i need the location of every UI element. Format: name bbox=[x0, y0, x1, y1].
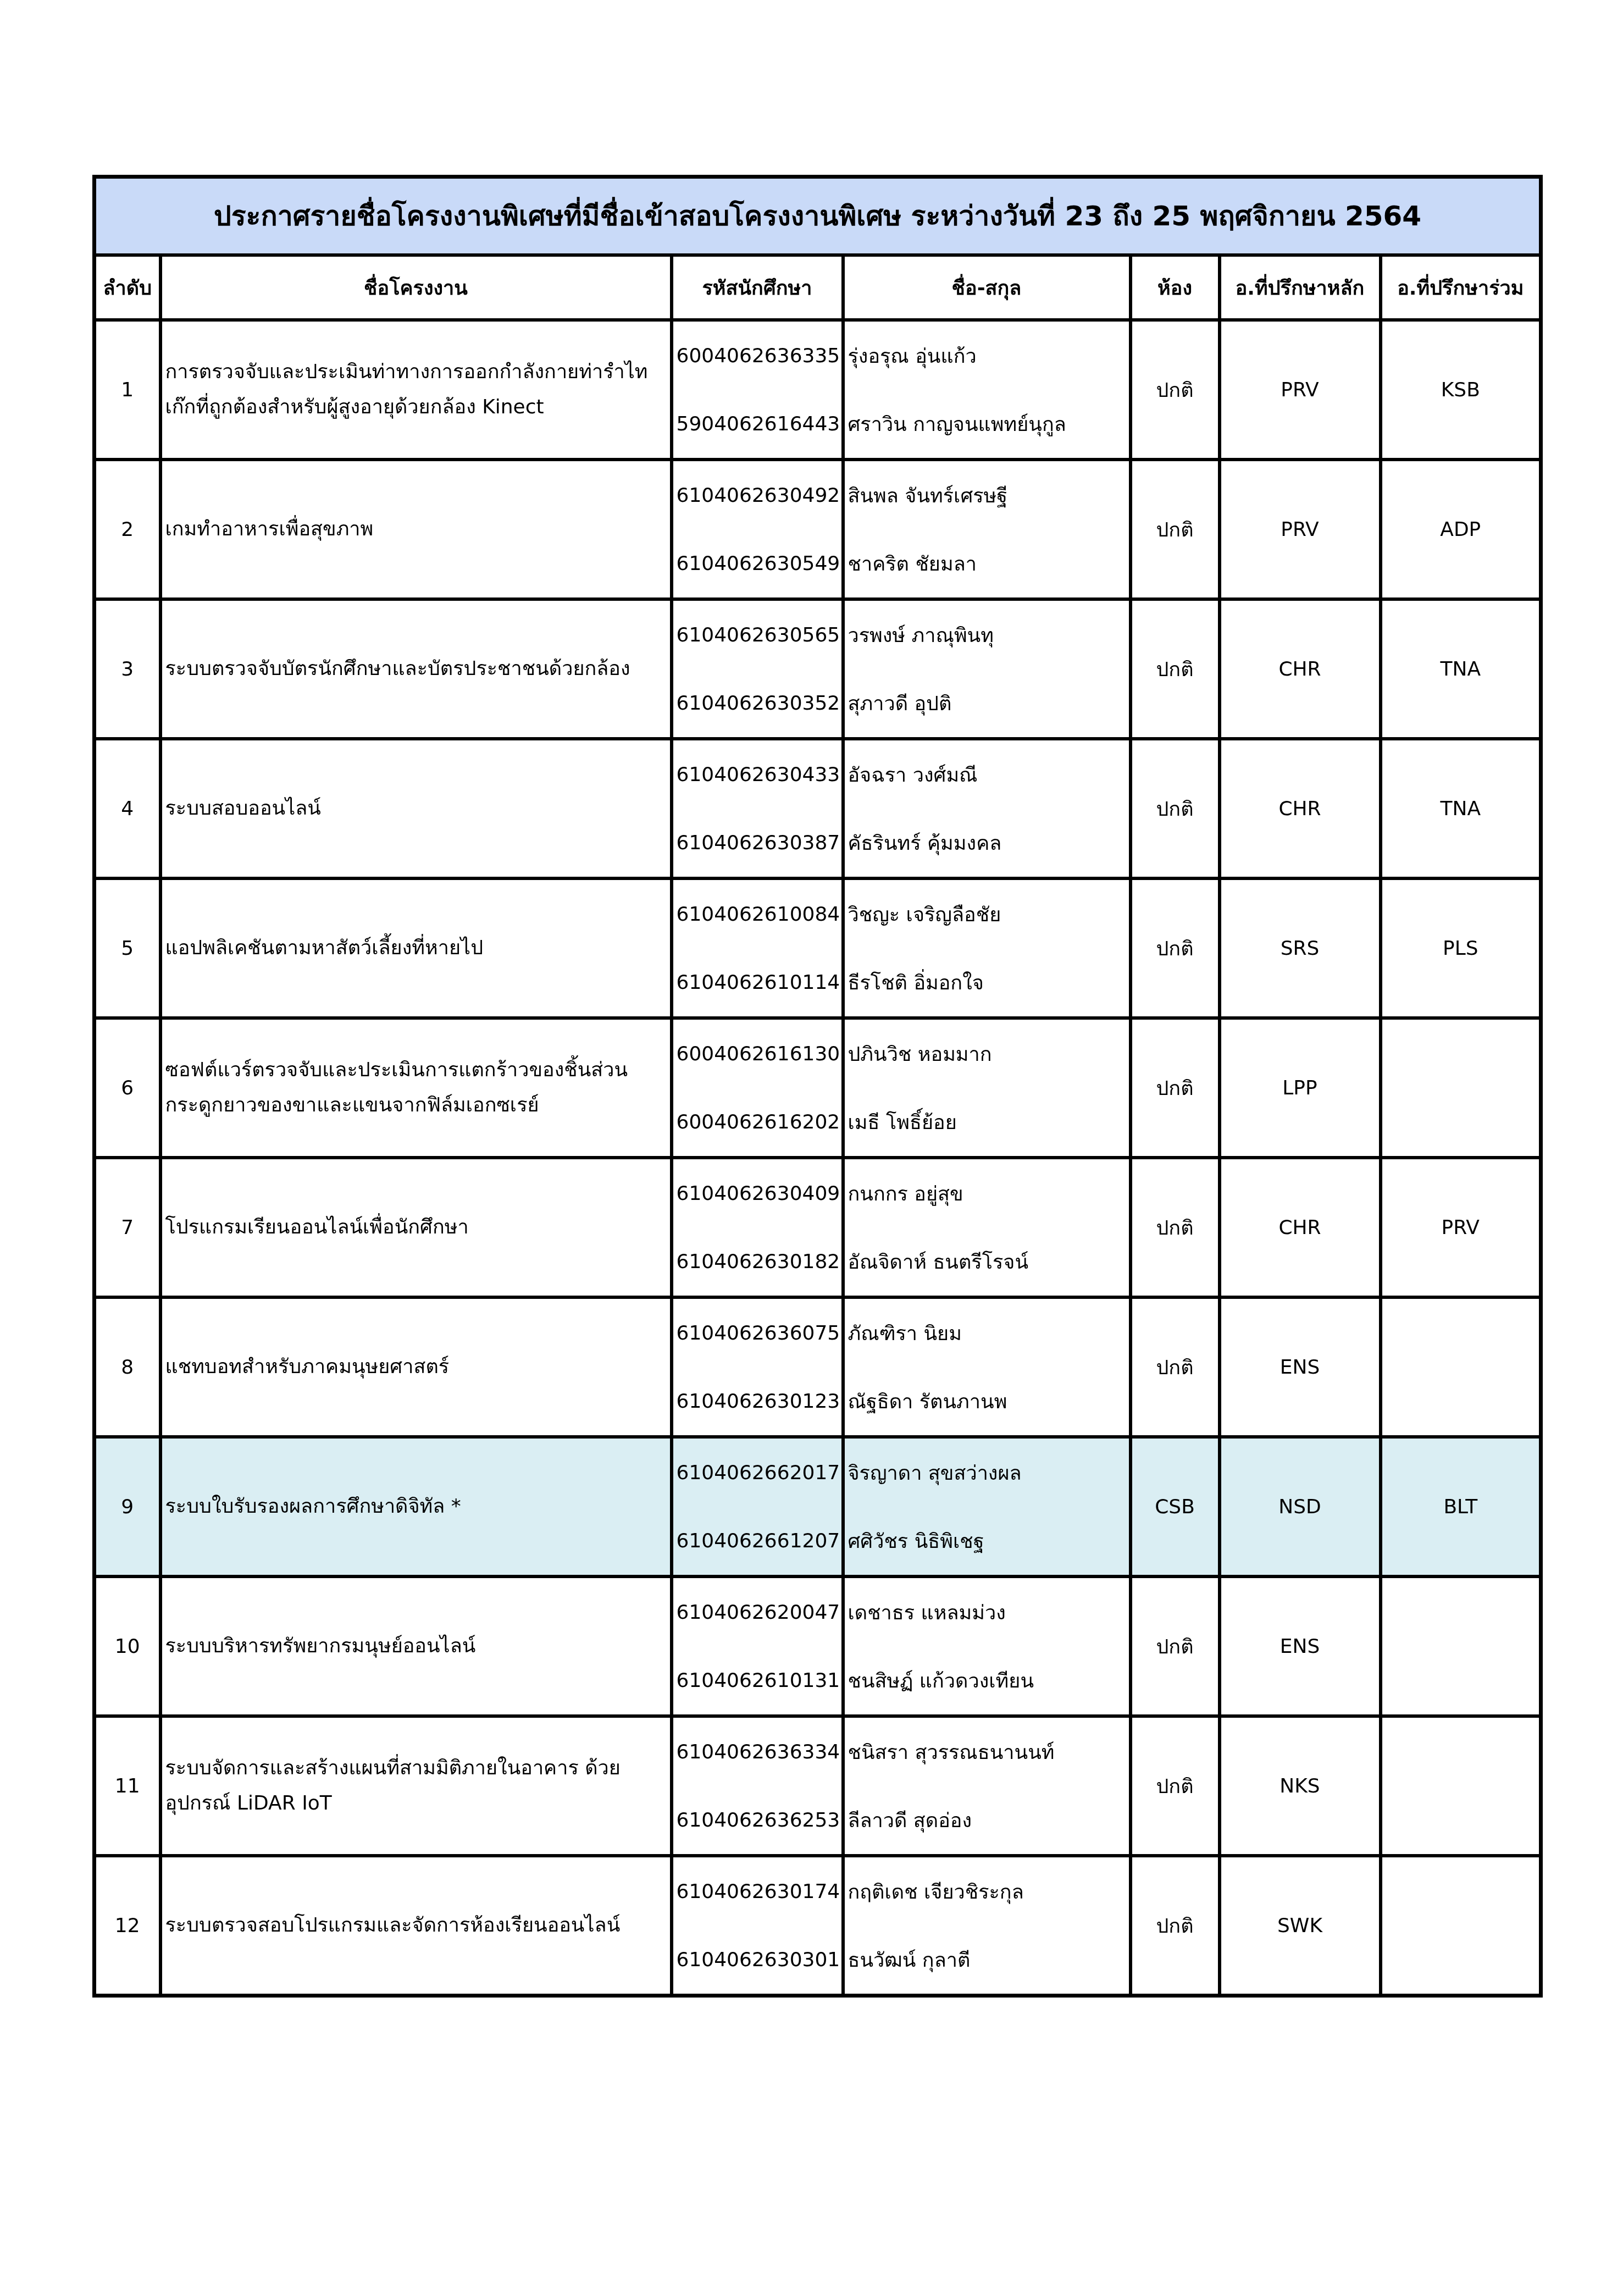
student-name: ธนวัฒน์ กุลาตี bbox=[843, 1926, 1131, 1996]
project-name: ระบบจัดการและสร้างแผนที่สามมิติภายในอาคา… bbox=[160, 1716, 672, 1856]
student-id: 6104062630123 bbox=[672, 1367, 843, 1437]
student-id: 5904062616443 bbox=[672, 390, 843, 460]
student-id: 6104062630387 bbox=[672, 809, 843, 878]
co-advisor: KSB bbox=[1381, 320, 1541, 460]
row-number: 10 bbox=[95, 1576, 160, 1716]
row-number: 1 bbox=[95, 320, 160, 460]
main-advisor: PRV bbox=[1220, 460, 1381, 599]
header-student-name: ชื่อ-สกุล bbox=[843, 255, 1131, 320]
student-id: 6104062661207 bbox=[672, 1507, 843, 1576]
project-name: การตรวจจับและประเมินท่าทางการออกกำลังกาย… bbox=[160, 320, 672, 460]
co-advisor: TNA bbox=[1381, 739, 1541, 878]
room: ปกติ bbox=[1131, 320, 1220, 460]
page-title: ประกาศรายชื่อโครงงานพิเศษที่มีชื่อเข้าสอ… bbox=[95, 177, 1541, 256]
table-row: 6ซอฟต์แวร์ตรวจจับและประเมินการแตกร้าวของ… bbox=[95, 1018, 1541, 1088]
table-row: 3ระบบตรวจจับบัตรนักศึกษาและบัตรประชาชนด้… bbox=[95, 599, 1541, 669]
room: ปกติ bbox=[1131, 1158, 1220, 1297]
header-student-id: รหัสนักศึกษา bbox=[672, 255, 843, 320]
row-number: 4 bbox=[95, 739, 160, 878]
student-name: รุ่งอรุณ อุ่นแก้ว bbox=[843, 320, 1131, 390]
co-advisor: PRV bbox=[1381, 1158, 1541, 1297]
student-name: ชนิสรา สุวรรณธนานนท์ bbox=[843, 1716, 1131, 1786]
student-name: ศศิวัชร นิธิพิเชฐ bbox=[843, 1507, 1131, 1576]
main-advisor: ENS bbox=[1220, 1576, 1381, 1716]
student-name: เดชาธร แหลมม่วง bbox=[843, 1576, 1131, 1646]
room: ปกติ bbox=[1131, 878, 1220, 1018]
project-name: ระบบบริหารทรัพยากรมนุษย์ออนไลน์ bbox=[160, 1576, 672, 1716]
student-id: 6104062630301 bbox=[672, 1926, 843, 1996]
student-id: 6104062636334 bbox=[672, 1716, 843, 1786]
main-advisor: NKS bbox=[1220, 1716, 1381, 1856]
co-advisor bbox=[1381, 1576, 1541, 1716]
table-row: 7โปรแกรมเรียนออนไลน์เพื่อนักศึกษา6104062… bbox=[95, 1158, 1541, 1227]
row-number: 2 bbox=[95, 460, 160, 599]
table-body: 1การตรวจจับและประเมินท่าทางการออกกำลังกา… bbox=[95, 320, 1541, 1996]
co-advisor bbox=[1381, 1018, 1541, 1158]
table-row: 11ระบบจัดการและสร้างแผนที่สามมิติภายในอา… bbox=[95, 1716, 1541, 1786]
student-id: 6104062630433 bbox=[672, 739, 843, 809]
co-advisor bbox=[1381, 1856, 1541, 1996]
student-name: สุภาวดี อุปติ bbox=[843, 669, 1131, 739]
student-name: จิรญาดา สุขสว่างผล bbox=[843, 1437, 1131, 1507]
table-row: 8แชทบอทสำหรับภาคมนุษยศาสตร์6104062636075… bbox=[95, 1297, 1541, 1367]
table-row: 4ระบบสอบออนไลน์6104062630433อัจฉรา วงศ์ม… bbox=[95, 739, 1541, 809]
room: ปกติ bbox=[1131, 599, 1220, 739]
room: ปกติ bbox=[1131, 1576, 1220, 1716]
project-name: แชทบอทสำหรับภาคมนุษยศาสตร์ bbox=[160, 1297, 672, 1437]
student-id: 6004062636335 bbox=[672, 320, 843, 390]
header-room: ห้อง bbox=[1131, 255, 1220, 320]
table-row: 1การตรวจจับและประเมินท่าทางการออกกำลังกา… bbox=[95, 320, 1541, 390]
project-name: ระบบใบรับรองผลการศึกษาดิจิทัล * bbox=[160, 1437, 672, 1576]
header-co-advisor: อ.ที่ปรึกษาร่วม bbox=[1381, 255, 1541, 320]
main-advisor: LPP bbox=[1220, 1018, 1381, 1158]
column-headers: ลำดับ ชื่อโครงงาน รหัสนักศึกษา ชื่อ-สกุล… bbox=[95, 255, 1541, 320]
main-advisor: ENS bbox=[1220, 1297, 1381, 1437]
row-number: 3 bbox=[95, 599, 160, 739]
project-name: โปรแกรมเรียนออนไลน์เพื่อนักศึกษา bbox=[160, 1158, 672, 1297]
student-id: 6104062636253 bbox=[672, 1786, 843, 1856]
table-row: 2เกมทำอาหารเพื่อสุขภาพ6104062630492สินพล… bbox=[95, 460, 1541, 529]
table-row: 9ระบบใบรับรองผลการศึกษาดิจิทัล *61040626… bbox=[95, 1437, 1541, 1507]
student-id: 6104062662017 bbox=[672, 1437, 843, 1507]
project-name: เกมทำอาหารเพื่อสุขภาพ bbox=[160, 460, 672, 599]
room: CSB bbox=[1131, 1437, 1220, 1576]
student-name: อัจฉรา วงศ์มณี bbox=[843, 739, 1131, 809]
row-number: 8 bbox=[95, 1297, 160, 1437]
student-name: ลีลาวดี สุดอ่อง bbox=[843, 1786, 1131, 1856]
student-id: 6104062636075 bbox=[672, 1297, 843, 1367]
student-id: 6004062616130 bbox=[672, 1018, 843, 1088]
student-name: ธีรโชติ อิ่มอกใจ bbox=[843, 948, 1131, 1018]
student-id: 6104062610131 bbox=[672, 1646, 843, 1716]
student-id: 6104062620047 bbox=[672, 1576, 843, 1646]
student-id: 6004062616202 bbox=[672, 1088, 843, 1158]
main-advisor: PRV bbox=[1220, 320, 1381, 460]
main-advisor: CHR bbox=[1220, 739, 1381, 878]
header-main-advisor: อ.ที่ปรึกษาหลัก bbox=[1220, 255, 1381, 320]
main-advisor: NSD bbox=[1220, 1437, 1381, 1576]
main-advisor: CHR bbox=[1220, 599, 1381, 739]
student-id: 6104062630565 bbox=[672, 599, 843, 669]
student-id: 6104062630492 bbox=[672, 460, 843, 529]
row-number: 6 bbox=[95, 1018, 160, 1158]
student-name: กฤติเดช เจียวชิระกุล bbox=[843, 1856, 1131, 1926]
project-name: แอปพลิเคชันตามหาสัตว์เลี้ยงที่หายไป bbox=[160, 878, 672, 1018]
student-name: ชนสิษฏ์ แก้วดวงเทียน bbox=[843, 1646, 1131, 1716]
student-name: ชาคริต ชัยมลา bbox=[843, 529, 1131, 599]
project-name: ระบบสอบออนไลน์ bbox=[160, 739, 672, 878]
student-id: 6104062630549 bbox=[672, 529, 843, 599]
student-name: ณัฐธิดา รัตนภานพ bbox=[843, 1367, 1131, 1437]
student-id: 6104062630352 bbox=[672, 669, 843, 739]
row-number: 9 bbox=[95, 1437, 160, 1576]
room: ปกติ bbox=[1131, 1018, 1220, 1158]
project-exam-table: ประกาศรายชื่อโครงงานพิเศษที่มีชื่อเข้าสอ… bbox=[92, 175, 1543, 1998]
student-name: เมธี โพธิ์ย้อย bbox=[843, 1088, 1131, 1158]
room: ปกติ bbox=[1131, 1856, 1220, 1996]
co-advisor: PLS bbox=[1381, 878, 1541, 1018]
student-name: วรพงษ์ ภาณุพินทุ bbox=[843, 599, 1131, 669]
project-name: ซอฟต์แวร์ตรวจจับและประเมินการแตกร้าวของช… bbox=[160, 1018, 672, 1158]
row-number: 5 bbox=[95, 878, 160, 1018]
project-name: ระบบตรวจจับบัตรนักศึกษาและบัตรประชาชนด้ว… bbox=[160, 599, 672, 739]
room: ปกติ bbox=[1131, 739, 1220, 878]
student-id: 6104062630182 bbox=[672, 1227, 843, 1297]
co-advisor bbox=[1381, 1297, 1541, 1437]
student-name: วิชญะ เจริญลือชัย bbox=[843, 878, 1131, 948]
student-name: ศราวิน กาญจนแพทย์นุกูล bbox=[843, 390, 1131, 460]
row-number: 11 bbox=[95, 1716, 160, 1856]
main-advisor: SRS bbox=[1220, 878, 1381, 1018]
table-row: 10ระบบบริหารทรัพยากรมนุษย์ออนไลน์6104062… bbox=[95, 1576, 1541, 1646]
student-name: คัธรินทร์ คุ้มมงคล bbox=[843, 809, 1131, 878]
header-order: ลำดับ bbox=[95, 255, 160, 320]
co-advisor: ADP bbox=[1381, 460, 1541, 599]
project-name: ระบบตรวจสอบโปรแกรมและจัดการห้องเรียนออนไ… bbox=[160, 1856, 672, 1996]
header-project-name: ชื่อโครงงาน bbox=[160, 255, 672, 320]
student-id: 6104062630409 bbox=[672, 1158, 843, 1227]
table-row: 5แอปพลิเคชันตามหาสัตว์เลี้ยงที่หายไป6104… bbox=[95, 878, 1541, 948]
room: ปกติ bbox=[1131, 460, 1220, 599]
student-id: 6104062610084 bbox=[672, 878, 843, 948]
row-number: 7 bbox=[95, 1158, 160, 1297]
student-id: 6104062630174 bbox=[672, 1856, 843, 1926]
main-advisor: CHR bbox=[1220, 1158, 1381, 1297]
student-name: กนกกร อยู่สุข bbox=[843, 1158, 1131, 1227]
table-row: 12ระบบตรวจสอบโปรแกรมและจัดการห้องเรียนออ… bbox=[95, 1856, 1541, 1926]
main-advisor: SWK bbox=[1220, 1856, 1381, 1996]
room: ปกติ bbox=[1131, 1297, 1220, 1437]
co-advisor: TNA bbox=[1381, 599, 1541, 739]
room: ปกติ bbox=[1131, 1716, 1220, 1856]
student-id: 6104062610114 bbox=[672, 948, 843, 1018]
co-advisor bbox=[1381, 1716, 1541, 1856]
student-name: ภัณฑิรา นิยม bbox=[843, 1297, 1131, 1367]
student-name: อัณจิดาห์ ธนตรีโรจน์ bbox=[843, 1227, 1131, 1297]
student-name: ปภินวิช หอมมาก bbox=[843, 1018, 1131, 1088]
student-name: สินพล จันทร์เศรษฐี bbox=[843, 460, 1131, 529]
co-advisor: BLT bbox=[1381, 1437, 1541, 1576]
row-number: 12 bbox=[95, 1856, 160, 1996]
